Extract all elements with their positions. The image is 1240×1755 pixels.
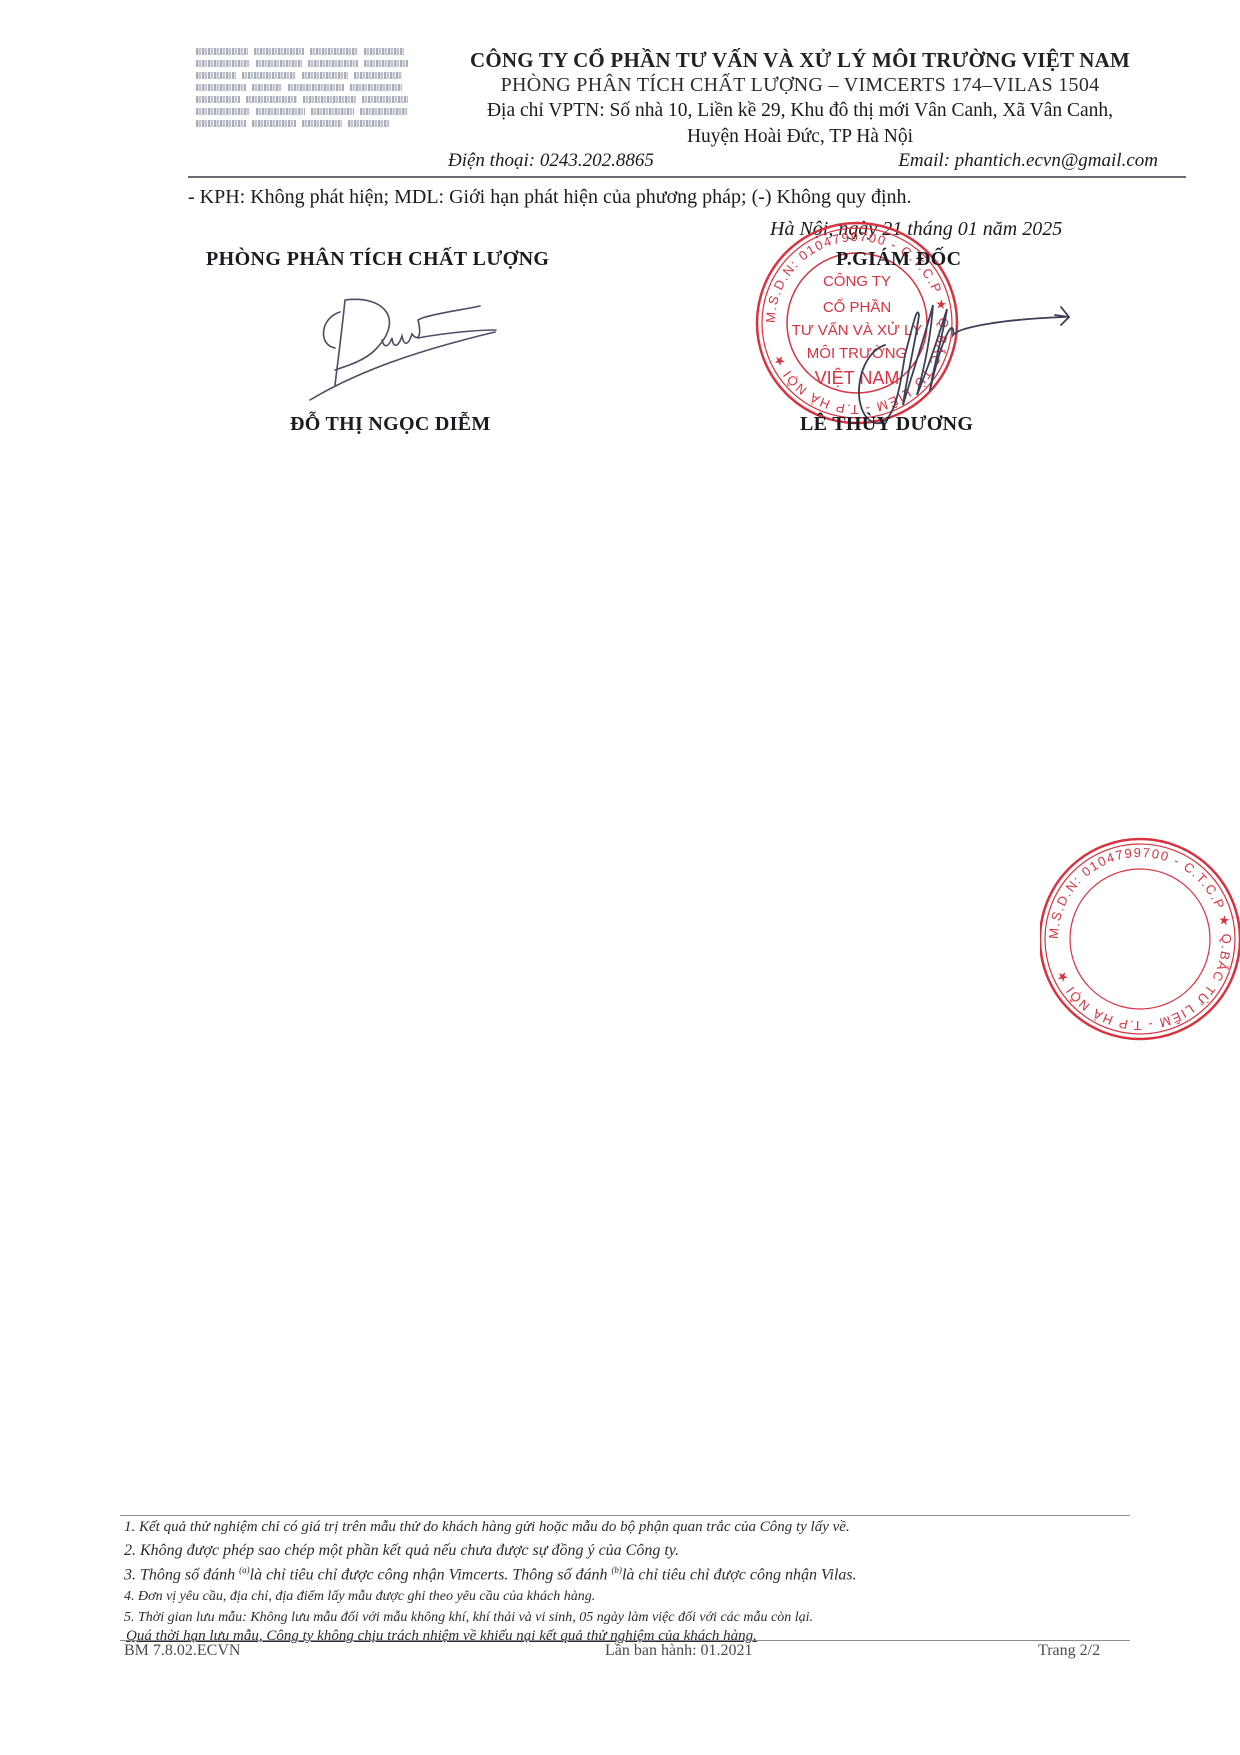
signing-date: Hà Nội, ngày 21 tháng 01 năm 2025: [770, 218, 1062, 241]
address-line-1: Địa chỉ VPTN: Số nhà 10, Liền kề 29, Khu…: [440, 100, 1160, 122]
partial-margin-stamp: M.S.D.N: 0104799700 - C.T.C.P ★ Q.BẮC TỪ…: [1040, 835, 1240, 1045]
footer-note-4: 4. Đơn vị yêu cầu, địa chỉ, địa điểm lấy…: [124, 1589, 595, 1605]
department-name: PHÒNG PHÂN TÍCH CHẤT LƯỢNG – VIMCERTS 17…: [440, 74, 1160, 97]
left-signer-title: PHÒNG PHÂN TÍCH CHẤT LƯỢNG: [206, 248, 549, 271]
footer-note-5: 5. Thời gian lưu mẫu: Không lưu mẫu đối …: [124, 1610, 813, 1626]
company-name: CÔNG TY CỔ PHẦN TƯ VẤN VÀ XỬ LÝ MÔI TRƯỜ…: [440, 48, 1160, 73]
company-logo: [196, 48, 408, 132]
left-handwritten-signature: [300, 290, 560, 410]
right-signer-name: LÊ THÙY DƯƠNG: [800, 413, 973, 436]
footer-note-2: 2. Không được phép sao chép một phần kết…: [124, 1542, 679, 1560]
left-signer-name: ĐỖ THỊ NGỌC DIỄM: [290, 413, 491, 436]
email: Email: phantich.ecvn@gmail.com: [898, 150, 1158, 172]
footer-note-3: 3. Thông số đánh (a)là chỉ tiêu chỉ được…: [124, 1565, 857, 1584]
svg-text:M.S.D.N: 0104799700 - C.T.C.P: M.S.D.N: 0104799700 - C.T.C.P ★ Q.BẮC TỪ…: [1046, 845, 1234, 1033]
form-code: BM 7.8.02.ECVN: [124, 1642, 240, 1660]
svg-text:CÔNG TY: CÔNG TY: [823, 273, 891, 290]
address-line-2: Huyện Hoài Đức, TP Hà Nội: [440, 126, 1160, 148]
right-signer-title: P.GIÁM ĐỐC: [836, 248, 961, 271]
footer-divider-bottom: [120, 1640, 1130, 1641]
footer-note-1: 1. Kết quả thử nghiệm chỉ có giá trị trê…: [124, 1519, 850, 1536]
footer-divider-top: [120, 1515, 1130, 1516]
contact-line: Điện thoại: 0243.202.8865 Email: phantic…: [448, 150, 1158, 172]
header-divider: [188, 176, 1186, 178]
page-number: Trang 2/2: [1038, 1642, 1100, 1660]
abbreviation-note: - KPH: Không phát hiện; MDL: Giới hạn ph…: [188, 186, 912, 209]
phone: Điện thoại: 0243.202.8865: [448, 150, 654, 171]
issue-info: Lần ban hành: 01.2021: [605, 1642, 753, 1660]
